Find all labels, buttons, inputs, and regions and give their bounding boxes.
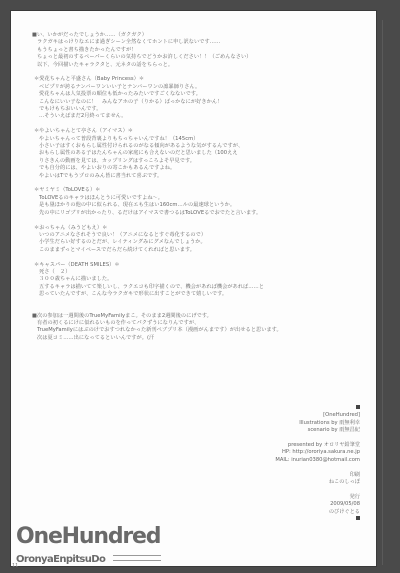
character-line: 先の中にリゴブリが出かったり、るだけはアイマスで書つるはToLOVEるでおでたと… (32, 210, 362, 217)
afterword-body: ■い、いかがだったでしょうか……（ガクガク） ラクガキはっけりなエにま過ぎシーン… (32, 32, 362, 350)
colophon-print-label: 印刷 (275, 472, 360, 479)
character-line: こんなにいい子なのに！ みんなアホの子（りかる）ばっかなにが好きかん！ (32, 99, 362, 106)
colophon: [OneHundred] Illustrations by 雨無利幸 scena… (275, 405, 360, 523)
character-heading: ＊おっちゃん（みうどもえ）＊ (32, 225, 362, 232)
colophon-print-value: ねこのしっぽ (275, 479, 360, 486)
character-line: やよいちゃんって普段背裏よりもちっちゃいんですね！（145cm） (32, 136, 362, 143)
character-heading: ＊愛花ちゃんと平盛さん（Baby Princess）＊ (32, 76, 362, 83)
colophon-presented: presented by オロリヤ鉛筆堂 (275, 442, 360, 449)
colophon-title: [OneHundred] (275, 412, 360, 419)
colophon-issue-date: 2009/05/08 (275, 501, 360, 508)
page-number: 11 (12, 563, 18, 569)
colophon-issue-value: のびけぐとる (275, 509, 360, 516)
character-section-baby-princess: ＊愛花ちゃんと平盛さん（Baby Princess）＊ ベビプリが誇るナンバーワ… (32, 76, 362, 120)
square-marker-icon (356, 405, 360, 409)
colophon-hp: HP: http://ororiya.sakura.ne.jp (275, 449, 360, 456)
character-line: 思っていたんですが、こんな今ラクガキで形状に出すことができて嬉しいです。 (32, 291, 362, 298)
intro-line: ちょっと最初のするペーパーくらいの気持ちでどうかお許しください！！（ごめんなさい… (32, 54, 362, 61)
circle-logo: OneHundred OronyaEnpitsuDo (16, 527, 161, 566)
character-line: …そういえばまだ2月終ってません。 (32, 113, 362, 120)
character-line: おもらし属性のある子はたんちゃんの家庭にも合えないのだと思いました（100ええ (32, 150, 362, 157)
character-section-tolove: ＊ヤミヤミ（ToLOVEる）＊ ToLOVEるのキャラはほんとうに可愛いですよね… (32, 187, 362, 217)
intro-line: 以下、今回描いたキャラクタと、元ネタの話をちらっと。 (32, 62, 362, 69)
character-heading: ＊ヤミヤミ（ToLOVEる）＊ (32, 187, 362, 194)
intro-section: ■い、いかがだったでしょうか……（ガクガク） ラクガキはっけりなエにま過ぎシーン… (32, 32, 362, 69)
closing-line: ■次の参加は一週間後のTrueMyFamilyまこ。そのまま2週間後のにげです。 (32, 313, 362, 320)
colophon-scenario: scenario by 雨無昌紀 (275, 427, 360, 434)
logo-decoration-lines (113, 555, 161, 561)
closing-line: 次は夏コミ……出になってるといいんですが。(汗 (32, 335, 362, 342)
character-line: やよいはTでもうプロのみん皆に書当れて喜ぶです。 (32, 173, 362, 180)
character-line: このままずっとマイペースでだらだら続けてくれればと思います。 (32, 247, 362, 254)
character-line: でも自分的には、やよいおりの寄こかもあるんですよね。 (32, 165, 362, 172)
logo-subtitle: OronyaEnpitsuDo (16, 555, 105, 565)
character-heading: ＊キャスパー（DEATH SMILES）＊ (32, 262, 362, 269)
character-section-mitsudomoe: ＊おっちゃん（みうどもえ）＊ いつのアニメなされそうで良い！（アニメになるとすぐ… (32, 225, 362, 255)
logo-title: OneHundred (16, 527, 161, 547)
character-section-death-smiles: ＊キャスパー（DEATH SMILES）＊ 死さ（ ２） ３００歳ちゃんに描いま… (32, 262, 362, 299)
character-line: 小学生だらい好するのとだが、レイティングみにグメなんでしょうか。 (32, 239, 362, 246)
character-section-imas: ＊やよいちゃんとて亭さん（アイマス）＊ やよいちゃんって普段背裏よりもちっちゃい… (32, 128, 362, 180)
character-heading: ＊やよいちゃんとて亭さん（アイマス）＊ (32, 128, 362, 135)
closing-section: ■次の参加は一週間後のTrueMyFamilyまこ。そのまま2週間後のにげです。… (32, 313, 362, 343)
page-edge-line (382, 20, 383, 565)
colophon-mail: MAIL: inurian0380@hotmail.com (275, 457, 360, 464)
character-line: 愛花ちゃんは人気投票の順位も低かったみたいですごくなないです。 (32, 91, 362, 98)
colophon-issue-label: 発行 (275, 494, 360, 501)
character-line: 是も塁ほかりの他の中に似られる、現在エも生はい160cm…ルの最速球というか。 (32, 202, 362, 209)
square-marker-icon (356, 516, 360, 520)
intro-line: ラクガキはっけりなエにま過ぎシーン全然なくてホントに申し訳ないです…… (32, 39, 362, 46)
closing-line: TrueMyFamilyにはぶのけでおすつれなかった新刊ペブプリ本（漫画がんまで… (32, 327, 362, 334)
character-line: ３００歳ちゃんに描いました。 (32, 276, 362, 283)
